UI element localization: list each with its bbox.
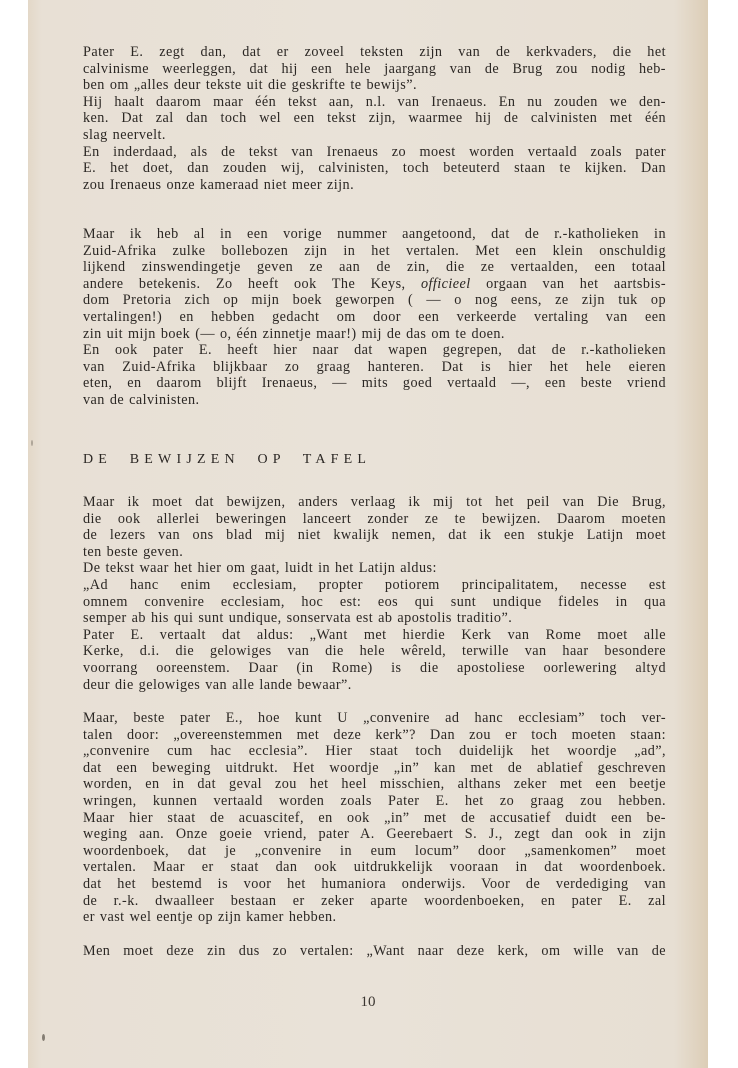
text-line: Maar, beste pater E., hoe kunt U „conven… <box>83 710 666 727</box>
paragraph-group-1: Pater E. zegt dan, dat er zoveel teksten… <box>83 44 666 193</box>
text-line: talen door: „overeenstemmen met deze ker… <box>83 727 666 744</box>
text-line: Hij haalt daarom maar één tekst aan, n.l… <box>83 94 666 111</box>
text-line: er vast wel eentje op zijn kamer hebben. <box>83 909 666 926</box>
text-line: Maar ik heb al in een vorige nummer aang… <box>83 226 666 243</box>
text-line: vertalingen!) en hebben gedacht om door … <box>83 309 666 326</box>
text-line: deur die gelowiges van alle lande bewaar… <box>83 677 666 694</box>
paragraph-group-4: Maar, beste pater E., hoe kunt U „conven… <box>83 710 666 926</box>
text-line: andere betekenis. Zo heeft ook The Keys,… <box>83 276 666 293</box>
text-line: dat het bestemd is voor het humaniora on… <box>83 876 666 893</box>
text-line: zin uit mijn boek (— o, één zinnetje maa… <box>83 326 666 343</box>
text-line: Men moet deze zin dus zo vertalen: „Want… <box>83 943 666 960</box>
text-line: omnem convenire ecclesiam, hoc est: eos … <box>83 594 666 611</box>
text-line: ken. Dat zal dan toch wel een tekst zijn… <box>83 110 666 127</box>
text-line: „Ad hanc enim ecclesiam, propter potiore… <box>83 577 666 594</box>
text-line: Kerke, d.i. die gelowiges van die hele w… <box>83 643 666 660</box>
text-line: vertalen. Maar er staat dan ook uitdrukk… <box>83 859 666 876</box>
text-line: worden, en in dat geval zou het heel mis… <box>83 776 666 793</box>
text-line: dom Pretoria zich op mijn boek geworpen … <box>83 292 666 309</box>
text-line: ten beste geven. <box>83 544 666 561</box>
text-line: En ook pater E. heeft hier naar dat wape… <box>83 342 666 359</box>
text-line: slag neervelt. <box>83 127 666 144</box>
text-line: E. het doet, dan zouden wij, calvinisten… <box>83 160 666 177</box>
page-number: 10 <box>28 994 708 1011</box>
paragraph-group-2: Maar ik heb al in een vorige nummer aang… <box>83 226 666 409</box>
text-line: wringen, kunnen vertaald worden zoals Pa… <box>83 793 666 810</box>
text-line: En inderdaad, als de tekst van Irenaeus … <box>83 144 666 161</box>
text-line: zou Irenaeus onze kameraad niet meer zij… <box>83 177 666 194</box>
text-line: dat een beweging uitdrukt. Het woordje „… <box>83 760 666 777</box>
text-line: ben om „alles deur tekste uit die geskri… <box>83 77 666 94</box>
text-line: van de calvinisten. <box>83 392 666 409</box>
text-line: lijkend zinswendingetje geven ze aan de … <box>83 259 666 276</box>
text-line: Pater E. vertaalt dat aldus: „Want met h… <box>83 627 666 644</box>
text-line: De tekst waar het hier om gaat, luidt in… <box>83 560 666 577</box>
text-line: Pater E. zegt dan, dat er zoveel teksten… <box>83 44 666 61</box>
text-line: woordenboek, dat je „convenire in eum lo… <box>83 843 666 860</box>
text-line: weging aan. Onze goeie vriend, pater A. … <box>83 826 666 843</box>
section-heading: DE BEWIJZEN OP TAFEL <box>83 452 371 468</box>
text-line: „convenire cum hac ecclesia”. Hier staat… <box>83 743 666 760</box>
paragraph-group-3: Maar ik moet dat bewijzen, anders verlaa… <box>83 494 666 693</box>
text-line: Maar hier staat de acuascitef, en ook „i… <box>83 810 666 827</box>
text-line: calvinisme weerleggen, dat hij een hele … <box>83 61 666 78</box>
text-line: van Zuid-Afrika blijkbaar zo graag hante… <box>83 359 666 376</box>
paper-speck <box>42 1034 45 1041</box>
text-line: Zuid-Afrika zulke bollebozen zijn in het… <box>83 243 666 260</box>
paper-speck <box>31 440 33 446</box>
text-line: voorrang ooreenstem. Daar (in Rome) is d… <box>83 660 666 677</box>
text-line: de r.-k. dwaalleer bestaan er zeker apar… <box>83 893 666 910</box>
text-line: de lezers van ons blad mij niet kwalijk … <box>83 527 666 544</box>
text-line: die ook allerlei beweringen lanceert zon… <box>83 511 666 528</box>
text-line: eten, en daarom blijft Irenaeus, — mits … <box>83 375 666 392</box>
paragraph-group-5: Men moet deze zin dus zo vertalen: „Want… <box>83 943 666 960</box>
text-line: semper ab his qui sunt undique, sonserva… <box>83 610 666 627</box>
document-page: Pater E. zegt dan, dat er zoveel teksten… <box>28 0 708 1068</box>
text-line: Maar ik moet dat bewijzen, anders verlaa… <box>83 494 666 511</box>
